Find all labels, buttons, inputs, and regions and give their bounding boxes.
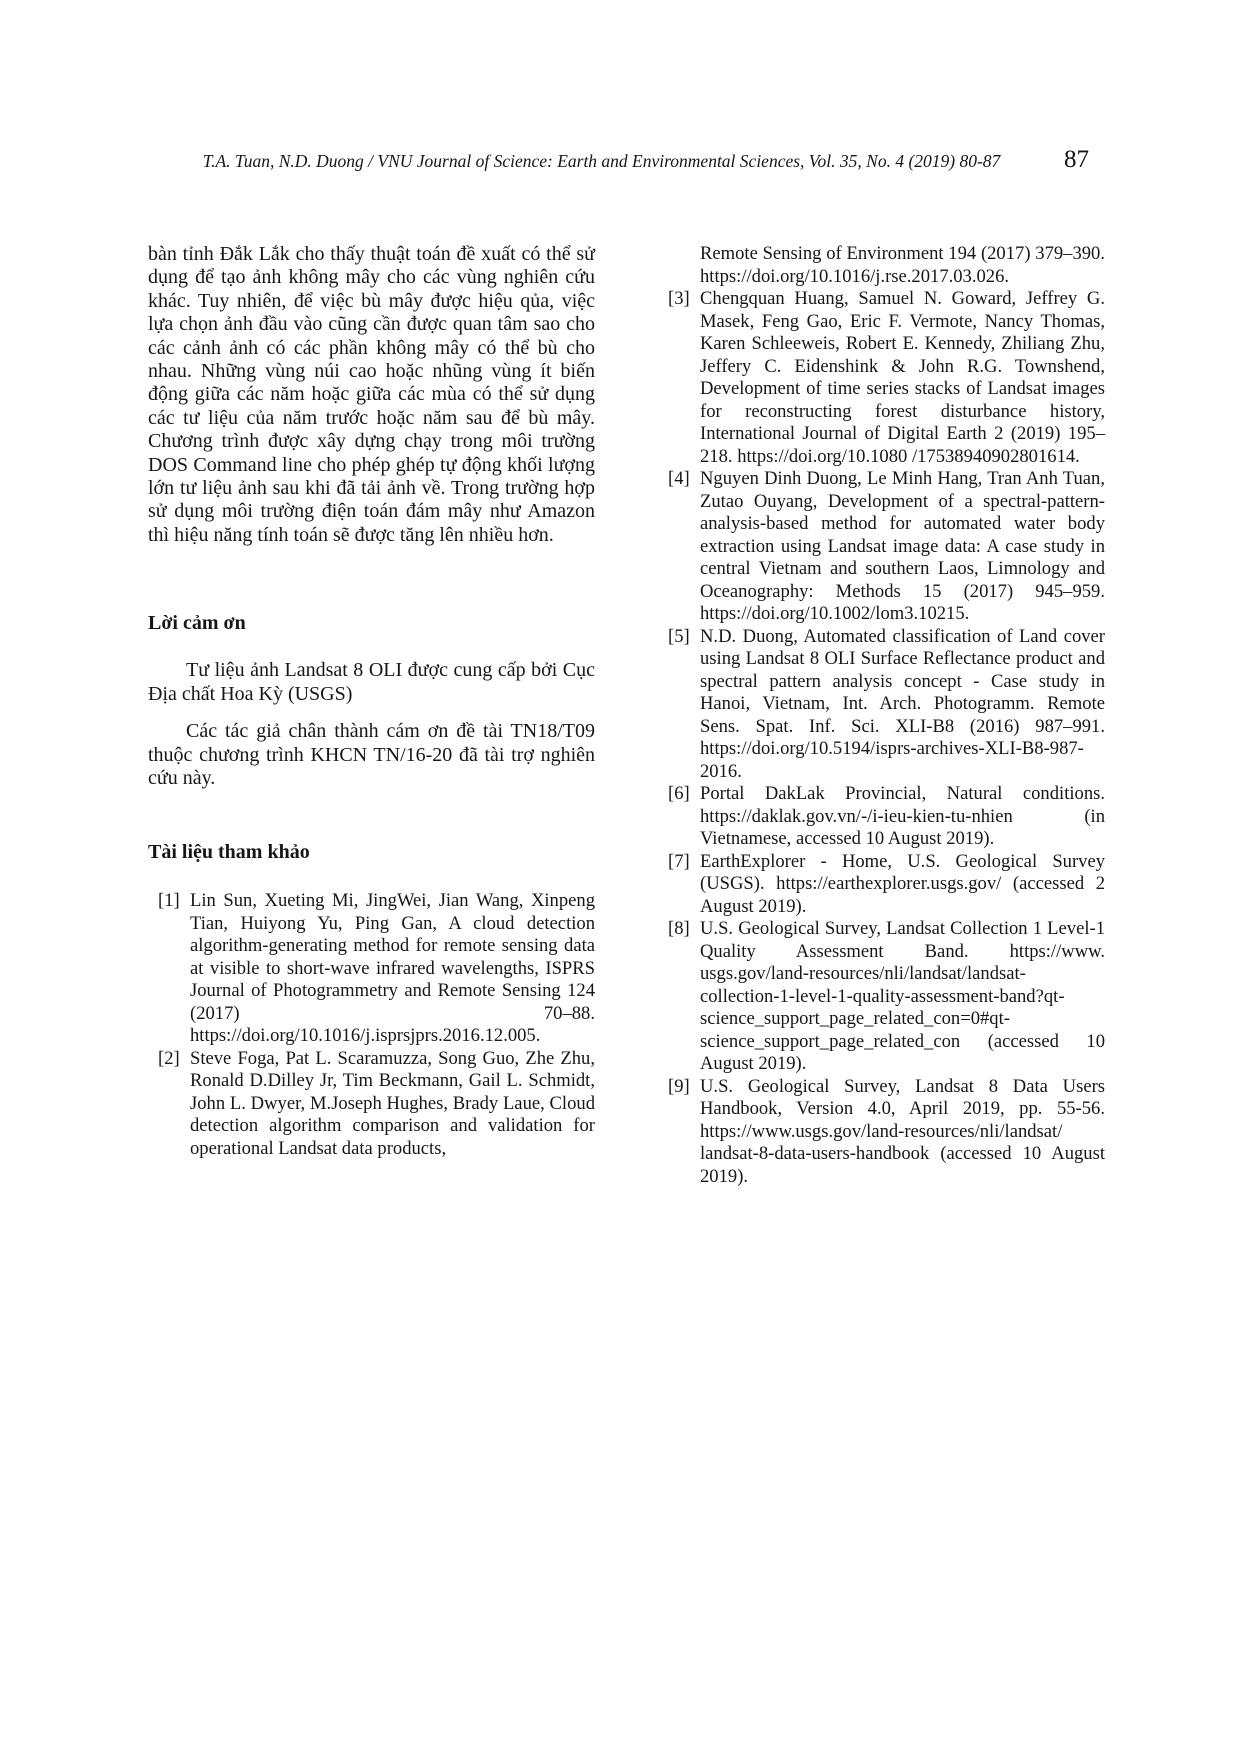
reference-text: EarthExplorer - Home, U.S. Geological Su… [700,851,1105,919]
running-title: T.A. Tuan, N.D. Duong / VNU Journal of S… [148,150,1105,172]
reference-marker: [9] [668,1076,700,1189]
references-heading: Tài liệu tham khảo [148,840,595,864]
right-column: Remote Sensing of Environment 194 (2017)… [658,243,1105,1188]
acknowledgements-heading: Lời cảm ơn [148,611,595,635]
reference-marker: [3] [668,288,700,468]
reference-text: U.S. Geological Survey, Landsat 8 Data U… [700,1076,1105,1189]
reference-text: N.D. Duong, Automated classification of … [700,626,1105,784]
reference-text: Chengquan Huang, Samuel N. Goward, Jeffr… [700,288,1105,468]
page-number: 87 [1064,147,1089,173]
reference-marker: [5] [668,626,700,784]
reference-text: Nguyen Dinh Duong, Le Minh Hang, Tran An… [700,468,1105,626]
acknowledgements-paragraph: Các tác giả chân thành cám ơn đề tài TN1… [148,720,595,790]
reference-text: Lin Sun, Xueting Mi, JingWei, Jian Wang,… [190,890,595,1048]
body-paragraph: bàn tỉnh Đắk Lắk cho thấy thuật toán đề … [148,243,595,547]
page-header: T.A. Tuan, N.D. Duong / VNU Journal of S… [148,150,1105,184]
acknowledgements-paragraph: Tư liệu ảnh Landsat 8 OLI được cung cấp … [148,659,595,706]
reference-item: [9] U.S. Geological Survey, Landsat 8 Da… [668,1076,1105,1189]
reference-item: [7] EarthExplorer - Home, U.S. Geologica… [668,851,1105,919]
two-column-body: bàn tỉnh Đắk Lắk cho thấy thuật toán đề … [148,243,1105,1188]
reference-marker: [8] [668,918,700,1076]
reference-marker: [4] [668,468,700,626]
reference-text: Portal DakLak Provincial, Natural condit… [700,783,1105,851]
references-list-right: Remote Sensing of Environment 194 (2017)… [658,243,1105,1188]
references-list-left: [1] Lin Sun, Xueting Mi, JingWei, Jian W… [148,890,595,1160]
reference-text: Remote Sensing of Environment 194 (2017)… [700,243,1105,288]
reference-marker: [7] [668,851,700,919]
reference-item: [1] Lin Sun, Xueting Mi, JingWei, Jian W… [158,890,595,1048]
reference-marker: [6] [668,783,700,851]
reference-text: U.S. Geological Survey, Landsat Collecti… [700,918,1105,1076]
reference-item: [6] Portal DakLak Provincial, Natural co… [668,783,1105,851]
reference-item: [3] Chengquan Huang, Samuel N. Goward, J… [668,288,1105,468]
reference-text: Steve Foga, Pat L. Scaramuzza, Song Guo,… [190,1048,595,1161]
journal-page: T.A. Tuan, N.D. Duong / VNU Journal of S… [0,0,1240,1754]
left-column: bàn tỉnh Đắk Lắk cho thấy thuật toán đề … [148,243,595,1188]
reference-item: [5] N.D. Duong, Automated classification… [668,626,1105,784]
reference-item: [4] Nguyen Dinh Duong, Le Minh Hang, Tra… [668,468,1105,626]
reference-item: [2] Steve Foga, Pat L. Scaramuzza, Song … [158,1048,595,1161]
reference-marker: [1] [158,890,190,1048]
reference-item: [8] U.S. Geological Survey, Landsat Coll… [668,918,1105,1076]
reference-continuation: Remote Sensing of Environment 194 (2017)… [668,243,1105,288]
reference-marker: [2] [158,1048,190,1161]
